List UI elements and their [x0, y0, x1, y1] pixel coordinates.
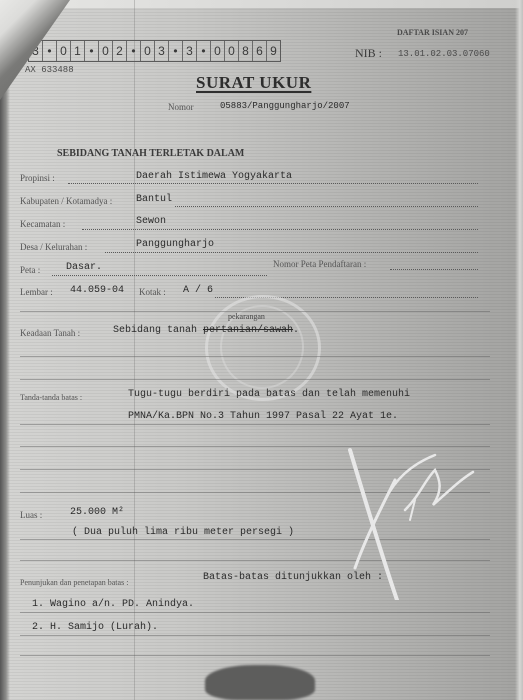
rule-line [20, 635, 490, 636]
rule-line [20, 655, 490, 656]
nomor-value: 05883/Panggungharjo/2007 [220, 101, 350, 111]
dotted-line [82, 228, 478, 230]
condition-insert: pekarangan [228, 312, 265, 321]
document-title: SURAT UKUR [196, 73, 311, 93]
dotted-line [175, 205, 478, 207]
serial-number: AX 633488 [25, 65, 74, 75]
kotak-label: Kotak : [139, 287, 166, 297]
page-right-edge [515, 0, 523, 700]
ink-smudge [205, 665, 315, 700]
rule-line [20, 424, 490, 425]
kotak-value: A / 6 [183, 285, 213, 296]
keadaan-value: Sebidang tanah pertanian/sawah. [113, 325, 299, 336]
code-digit: 6 [253, 41, 267, 61]
code-digit: 3 [155, 41, 169, 61]
code-separator: • [197, 41, 211, 61]
designation-label: Penunjukan dan penetapan batas : [20, 578, 128, 587]
nomor-label: Nomor [168, 102, 194, 112]
peta-value: Dasar. [66, 262, 102, 273]
code-digit: 0 [141, 41, 155, 61]
parcel-code-boxes: 3 • 0 1 • 0 2 • 0 3 • 3 • 0 0 8 6 9 [28, 40, 281, 62]
code-separator: • [43, 41, 57, 61]
lembar-label: Lembar : [20, 287, 53, 297]
designation-intro: Batas-batas ditunjukkan oleh : [203, 572, 383, 583]
kabupaten-label: Kabupaten / Kotamadya : [20, 196, 112, 206]
propinsi-value: Daerah Istimewa Yogyakarta [136, 171, 292, 182]
code-separator: • [85, 41, 99, 61]
margin-line [134, 0, 135, 700]
code-separator: • [169, 41, 183, 61]
rule-line [20, 379, 490, 380]
code-digit: 3 [183, 41, 197, 61]
condition-period: . [293, 325, 299, 336]
code-digit: 8 [239, 41, 253, 61]
desa-value: Panggungharjo [136, 239, 214, 250]
kabupaten-value: Bantul [136, 194, 172, 205]
nib-value: 13.01.02.03.07060 [398, 49, 490, 59]
kecamatan-value: Sewon [136, 216, 166, 227]
kecamatan-label: Kecamatan : [20, 219, 65, 229]
code-digit: 9 [267, 41, 280, 61]
nomor-peta-label: Nomor Peta Pendaftaran : [273, 259, 366, 269]
tanda-batas-line1: Tugu-tugu berdiri pada batas dan telah m… [128, 389, 410, 400]
code-digit: 0 [99, 41, 113, 61]
page-shadow [0, 0, 10, 700]
dotted-line [390, 268, 478, 270]
propinsi-label: Propinsi : [20, 173, 55, 183]
designation-person-2: 2. H. Samijo (Lurah). [32, 622, 158, 633]
code-digit: 0 [211, 41, 225, 61]
designation-person-1: 1. Wagino a/n. PD. Anindya. [32, 599, 194, 610]
code-separator: • [127, 41, 141, 61]
rule-line [20, 612, 490, 613]
code-digit: 2 [113, 41, 127, 61]
dotted-line [52, 274, 267, 276]
location-heading: SEBIDANG TANAH TERLETAK DALAM [57, 148, 244, 159]
keadaan-label: Keadaan Tanah : [20, 328, 80, 338]
dotted-line [68, 182, 478, 184]
nib-label: NIB : [355, 46, 382, 61]
tanda-batas-label: Tanda-tanda batas : [20, 393, 82, 402]
luas-label: Luas : [20, 510, 42, 520]
desa-label: Desa / Kelurahan : [20, 242, 87, 252]
luas-words: ( Dua puluh lima ribu meter persegi ) [72, 527, 294, 538]
peta-label: Peta : [20, 265, 40, 275]
dotted-line [105, 251, 478, 253]
luas-value: 25.000 M² [70, 507, 124, 518]
tanda-batas-line2: PMNA/Ka.BPN No.3 Tahun 1997 Pasal 22 Aya… [128, 411, 398, 422]
code-digit: 0 [57, 41, 71, 61]
code-digit: 0 [225, 41, 239, 61]
lembar-value: 44.059-04 [70, 285, 124, 296]
form-code: DAFTAR ISIAN 207 [397, 28, 468, 37]
condition-struck-text: pertanian/sawah [203, 325, 293, 336]
paper-top-edge [0, 0, 523, 8]
condition-text: Sebidang tanah [113, 325, 203, 336]
code-digit: 1 [71, 41, 85, 61]
rule-line [20, 356, 490, 357]
